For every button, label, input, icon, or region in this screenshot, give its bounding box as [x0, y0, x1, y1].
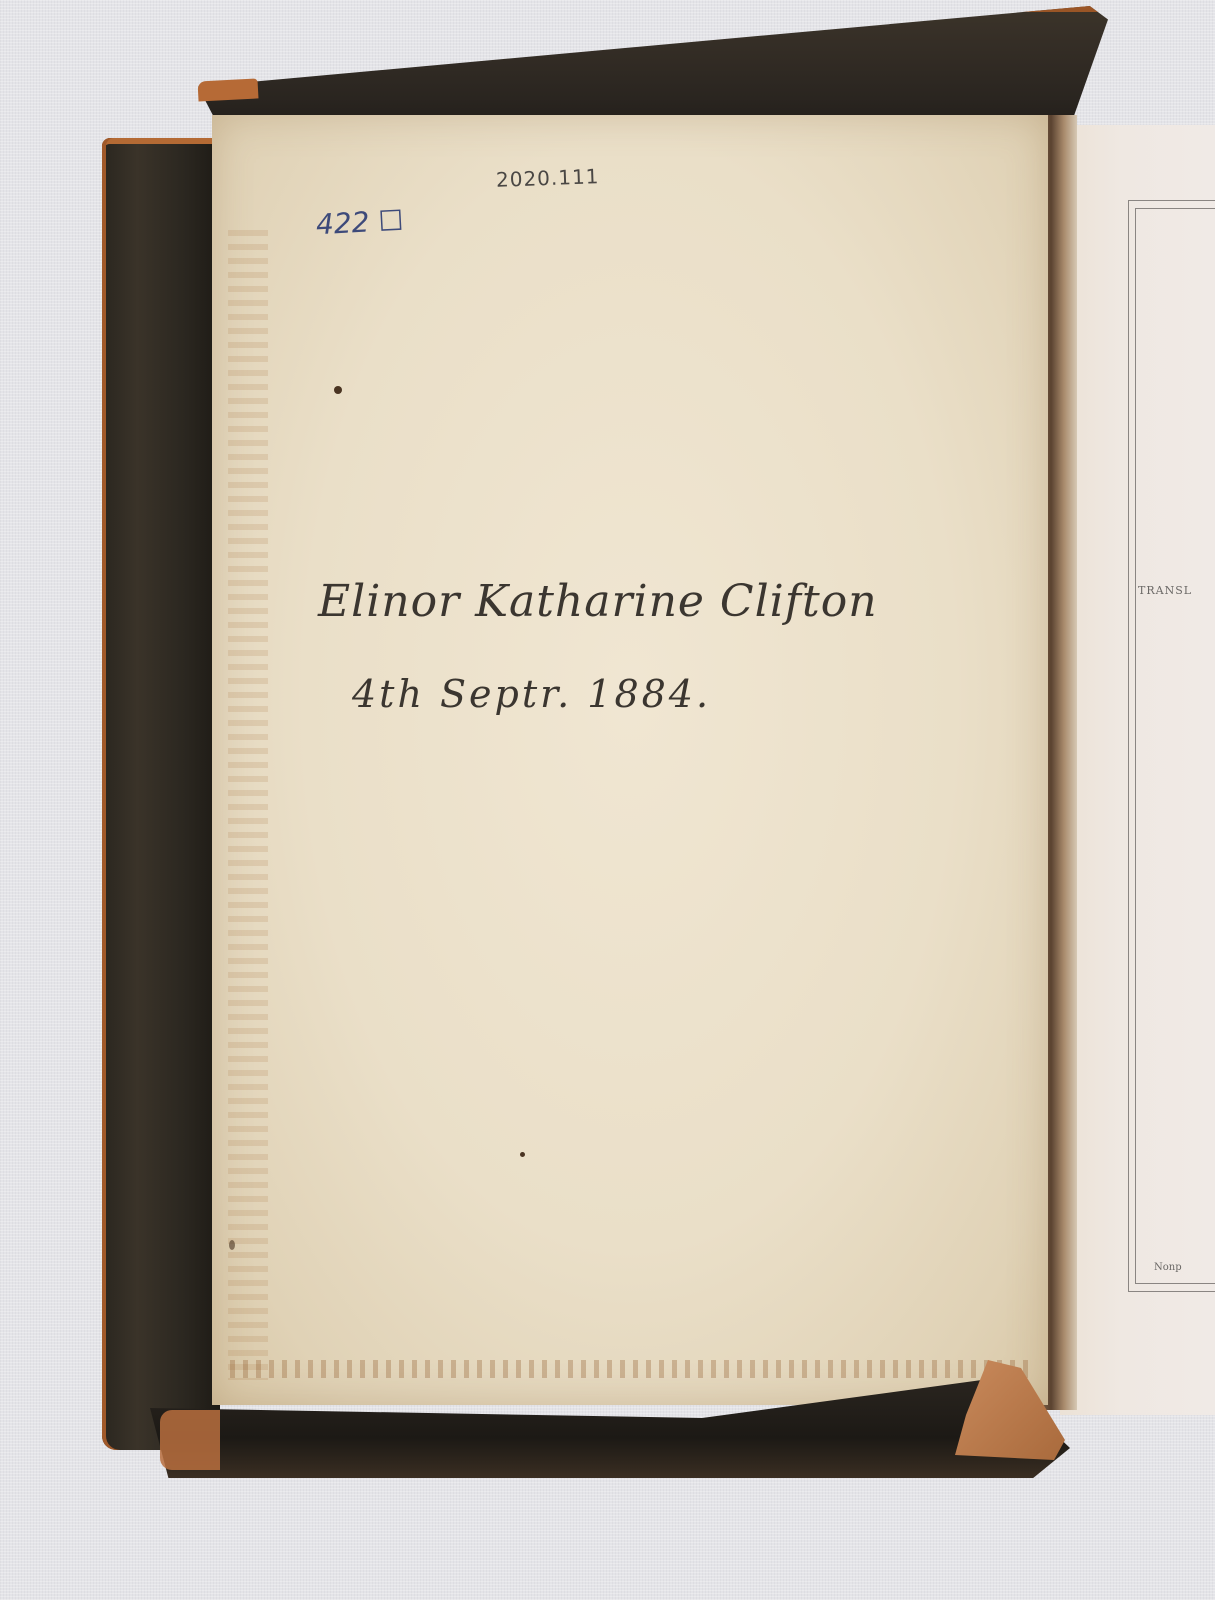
worn-corner — [160, 1410, 220, 1470]
foxing-stain — [230, 1360, 1030, 1378]
foxing-stain — [228, 230, 268, 1380]
inscription-date: 4th Septr. 1884. — [352, 672, 711, 716]
worn-corner — [198, 78, 259, 101]
catalog-number: 2020.111 — [496, 164, 600, 192]
title-page-imprint: Nonp — [1154, 1262, 1182, 1273]
title-page-border-inner — [1135, 208, 1215, 1284]
flyleaf-page — [212, 115, 1048, 1405]
leather-cover-left-flap — [102, 138, 220, 1450]
ink-spot — [334, 386, 342, 394]
title-page-text: TRANSL — [1138, 584, 1192, 597]
owner-name-inscription: Elinor Katharine Clifton — [318, 576, 878, 627]
shelf-mark: 422 ☐ — [315, 204, 404, 242]
stain — [229, 1240, 235, 1250]
ink-spot — [520, 1152, 525, 1157]
